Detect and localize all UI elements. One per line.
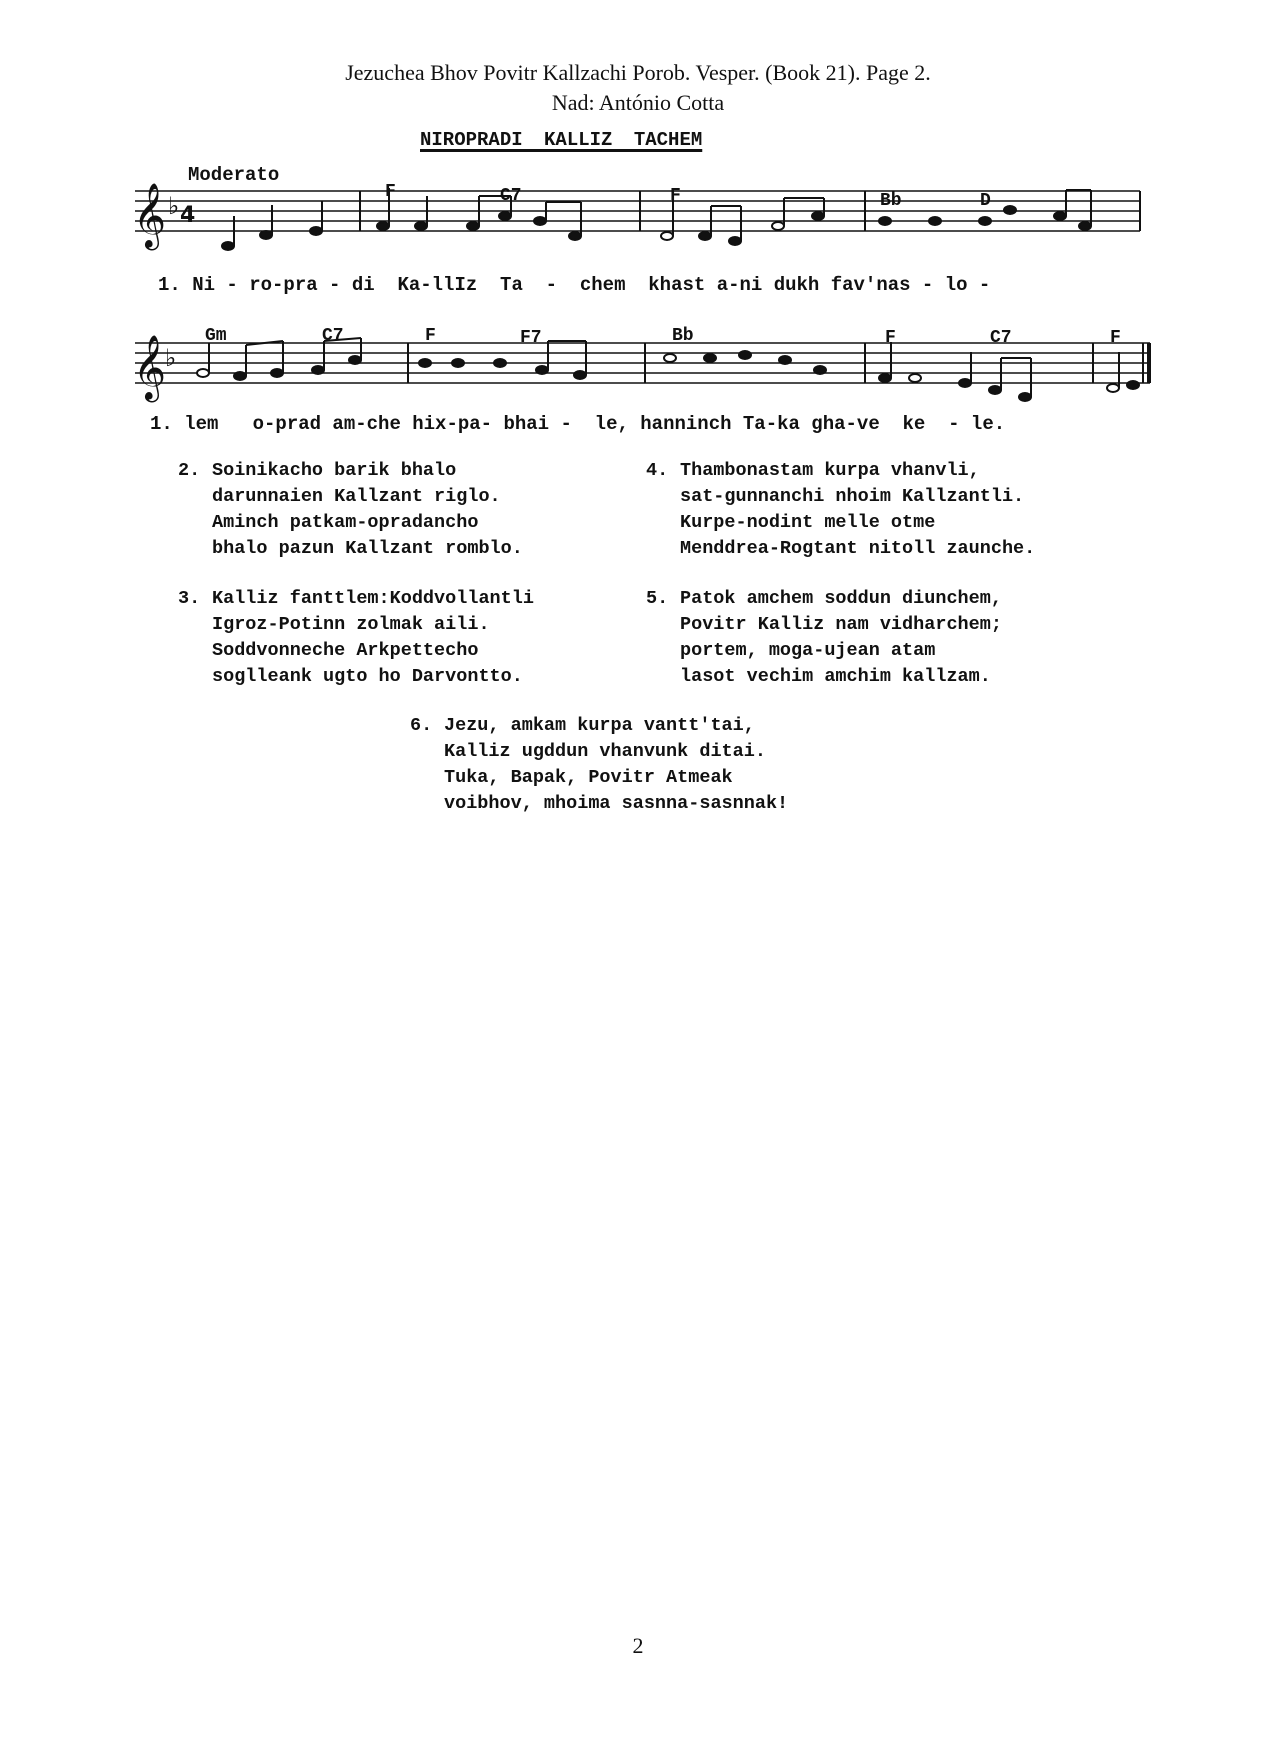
document-header-title: Jezuchea Bhov Povitr Kallzachi Porob. Ve… xyxy=(0,60,1276,86)
page-number: 2 xyxy=(0,1633,1276,1659)
chord-symbol: F xyxy=(670,186,681,206)
flat-icon: ♭ xyxy=(165,344,176,372)
lyrics-system-1: 1. Ni - ro-pra - di Ka-llIz Ta - chem kh… xyxy=(158,274,990,296)
chord-symbol: C7 xyxy=(990,328,1012,348)
chord-symbol: Bb xyxy=(880,191,902,211)
verse-lines: Soinikacho barik bhalo darunnaien Kallza… xyxy=(212,458,523,562)
verse-lines: Kalliz fanttlem:Koddvollantli Igroz-Poti… xyxy=(212,586,534,690)
verse-number: 4. xyxy=(646,458,668,484)
verse-lines: Patok amchem soddun diunchem, Povitr Kal… xyxy=(680,586,1002,690)
verse-number: 5. xyxy=(646,586,668,612)
verse-lines: Thambonastam kurpa vhanvli, sat-gunnanch… xyxy=(680,458,1035,562)
time-signature-icon: 4 xyxy=(180,203,195,228)
verse-5: 5. Patok amchem soddun diunchem, Povitr … xyxy=(646,586,1002,690)
verse-6: 6. Jezu, amkam kurpa vantt'tai, Kalliz u… xyxy=(410,713,788,817)
chord-symbol: F xyxy=(385,182,396,202)
verse-number: 2. xyxy=(178,458,200,484)
song-title: NIROPRADI KALLIZ TACHEM xyxy=(420,129,702,151)
chord-symbols-system-1: FC7FBbD xyxy=(385,182,991,211)
chord-symbol: F xyxy=(425,326,436,346)
music-staff-system-2: 𝄞 ♭ GmC7FF7BbFC7F xyxy=(0,315,1276,425)
chord-symbol: F xyxy=(885,328,896,348)
verse-4: 4. Thambonastam kurpa vhanvli, sat-gunna… xyxy=(646,458,1035,562)
chord-symbol: Bb xyxy=(672,326,694,346)
document-header-author: Nad: António Cotta xyxy=(0,90,1276,116)
verse-lines: Jezu, amkam kurpa vantt'tai, Kalliz ugdd… xyxy=(444,713,788,817)
chord-symbol: D xyxy=(980,191,991,211)
verse-2: 2. Soinikacho barik bhalo darunnaien Kal… xyxy=(178,458,523,562)
chord-symbol: F xyxy=(1110,328,1121,348)
treble-clef-icon: 𝄞 xyxy=(133,183,166,250)
lyrics-system-2: 1. lem o-prad am-che hix-pa- bhai - le, … xyxy=(150,413,1005,435)
treble-clef-icon: 𝄞 xyxy=(133,335,166,402)
verse-number: 6. xyxy=(410,713,432,739)
chord-symbols-system-2: GmC7FF7BbFC7F xyxy=(205,326,1121,348)
chord-symbol: C7 xyxy=(322,326,344,346)
chord-symbol: Gm xyxy=(205,326,227,346)
verse-3: 3. Kalliz fanttlem:Koddvollantli Igroz-P… xyxy=(178,586,534,690)
flat-icon: ♭ xyxy=(168,192,179,220)
music-staff-system-1: 𝄞 ♭ 4 FC7FBbD xyxy=(0,175,1276,285)
chord-symbol: C7 xyxy=(500,186,522,206)
verse-number: 3. xyxy=(178,586,200,612)
chord-symbol: F7 xyxy=(520,328,542,348)
